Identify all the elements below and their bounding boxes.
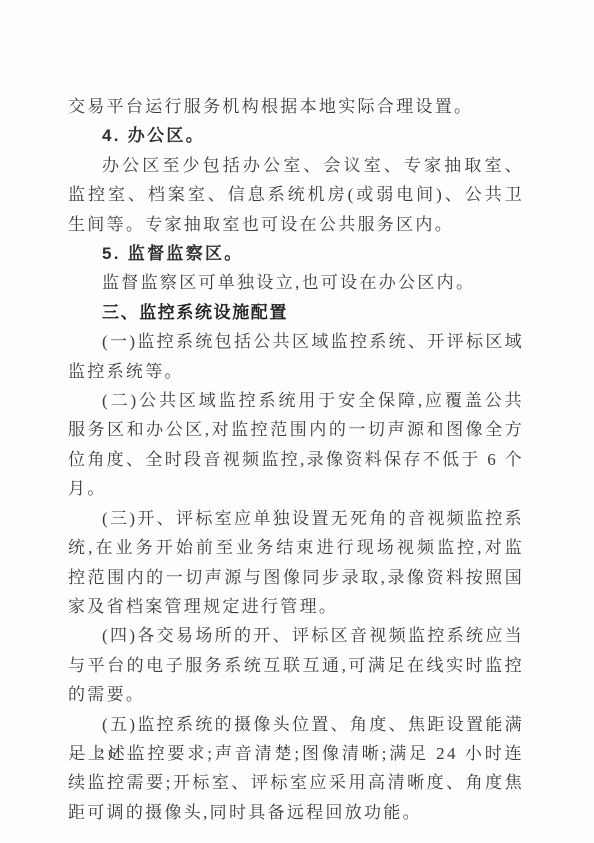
page-number: — 26 — (70, 746, 147, 763)
paragraph-office-area: 办公区至少包括办公室、会议室、专家抽取室、监控室、档案室、信息系统机房(或弱电间… (68, 151, 524, 239)
subheading-supervision-area: 5. 监督监察区。 (68, 239, 524, 268)
paragraph-item-3: (三)开、评标室应单独设置无死角的音视频监控系统,在业务开始前至业务结束进行现场… (68, 504, 524, 622)
paragraph-item-5: (五)监控系统的摄像头位置、角度、焦距设置能满足上述监控要求;声音清楚;图像清晰… (68, 710, 524, 828)
paragraph-item-2: (二)公共区域监控系统用于安全保障,应覆盖公共服务区和办公区,对监控范围内的一切… (68, 386, 524, 504)
subheading-office-area: 4. 办公区。 (68, 121, 524, 150)
document-page: 交易平台运行服务机构根据本地实际合理设置。 4. 办公区。 办公区至少包括办公室… (0, 0, 594, 843)
document-body: 交易平台运行服务机构根据本地实际合理设置。 4. 办公区。 办公区至少包括办公室… (68, 92, 524, 827)
paragraph-item-4: (四)各交易场所的开、评标区音视频监控系统应当与平台的电子服务系统互联互通,可满… (68, 621, 524, 709)
section-heading-monitoring-system: 三、监控系统设施配置 (68, 298, 524, 327)
paragraph-item-1: (一)监控系统包括公共区域监控系统、开评标区域监控系统等。 (68, 327, 524, 386)
paragraph-supervision-area: 监督监察区可单独设立,也可设在办公区内。 (68, 268, 524, 297)
paragraph-continuation: 交易平台运行服务机构根据本地实际合理设置。 (68, 92, 524, 121)
